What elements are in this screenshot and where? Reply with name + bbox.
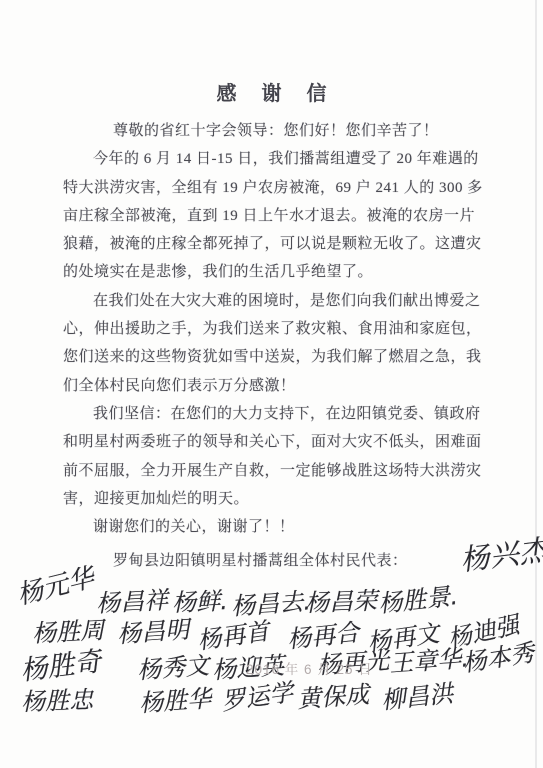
signature: 柳昌洪: [379, 673, 454, 715]
letter-title: 感 谢 信: [0, 77, 543, 106]
salutation: 尊敬的省红十字会领导：您们好！您们辛苦了！: [63, 117, 483, 145]
paragraph-3: 我们坚信：在您们的大力支持下，在边阳镇党委、镇政府和明星村两委班子的领导和关心下…: [63, 400, 483, 513]
scanned-letter-page: 感 谢 信 尊敬的省红十字会领导：您们好！您们辛苦了！ 今年的 6 月 14 日…: [0, 0, 543, 768]
signature: 杨胜华: [138, 679, 212, 719]
signature: 杨胜忠: [20, 680, 93, 717]
printed-date: 2016 年 6 月 25 日: [246, 658, 373, 678]
signature: 王章华.: [388, 638, 470, 678]
paragraph-2: 在我们处在大灾大难的困境时，是您们向我们献出博爱之心，伸出援助之手，为我们送来了…: [63, 287, 483, 400]
signature: 黄保成: [296, 675, 370, 715]
signature: 杨胜景.: [376, 576, 459, 619]
paragraph-1: 今年的 6 月 14 日-15 日，我们播蒿组遭受了 20 年难遇的特大洪涝灾害…: [63, 145, 483, 286]
paragraph-4: 谢谢您们的关心，谢谢了！！: [63, 513, 483, 541]
signature: 杨元华: [13, 557, 98, 612]
signature: 杨昌明: [116, 610, 190, 650]
letter-body: 尊敬的省红十字会领导：您们好！您们辛苦了！ 今年的 6 月 14 日-15 日，…: [63, 117, 483, 576]
signature: 杨昌荣: [304, 581, 377, 618]
